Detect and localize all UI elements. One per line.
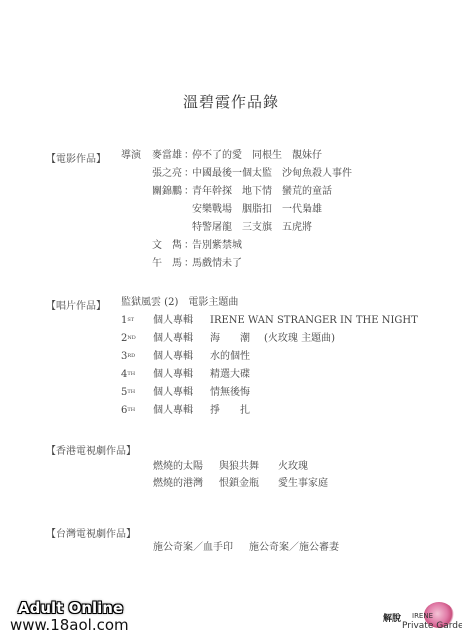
- album-number: 3RD: [121, 351, 135, 363]
- tw-tv-title: 施公奇案／血手印: [153, 542, 233, 554]
- records-intro: 監獄風雲 (2) 電影主題曲: [121, 297, 238, 309]
- tw-tv-section-heading: 【台灣電視劇作品】: [46, 525, 136, 540]
- film-works: 告別紫禁城: [192, 240, 242, 252]
- hk-tv-section-heading: 【香港電視劇作品】: [46, 442, 136, 457]
- film-works: 青年幹探 地下情 蠻荒的童話: [192, 186, 332, 198]
- logo-irene: IRENE: [412, 612, 433, 620]
- logo-private-garden: Private Garden: [402, 621, 462, 631]
- film-works: 馬戲情未了: [192, 258, 242, 270]
- logo-chinese: 解脫: [383, 611, 401, 624]
- album-title: 水的個性: [210, 351, 250, 363]
- album-title: 精選大碟: [210, 369, 250, 381]
- album-type: 個人專輯: [153, 351, 193, 363]
- director-name: 張之亮: [152, 168, 182, 180]
- director-name: 麥當雄: [152, 150, 182, 162]
- album-title: 情無後悔: [210, 387, 250, 399]
- album-note: (火玫瑰 主題曲): [264, 333, 335, 345]
- film-works: 特警屠龍 三支旗 五虎將: [192, 222, 312, 234]
- hk-tv-title: 恨鎖金瓶: [219, 478, 259, 490]
- hk-tv-title: 燃燒的港灣: [153, 478, 203, 490]
- album-number: 4TH: [121, 369, 135, 381]
- film-works: 安樂戰場 胭脂扣 一代梟雄: [192, 204, 322, 216]
- director-name: 關錦鵬: [152, 186, 182, 198]
- page-title: 溫碧霞作品錄: [0, 91, 462, 112]
- film-section-heading: 【電影作品】: [46, 150, 106, 165]
- hk-tv-title: 與狼共舞: [219, 461, 259, 473]
- album-type: 個人專輯: [153, 333, 193, 345]
- album-type: 個人專輯: [153, 315, 193, 327]
- watermark-url: www.18aol.com: [10, 616, 129, 634]
- album-type: 個人專輯: [153, 387, 193, 399]
- film-works: 中國最後一個太監 沙甸魚殺人事件: [192, 168, 352, 180]
- album-type: 個人專輯: [153, 369, 193, 381]
- records-section-heading: 【唱片作品】: [46, 297, 106, 312]
- album-title: IRENE WAN STRANGER IN THE NIGHT: [210, 315, 418, 327]
- album-number: 1ST: [121, 315, 134, 327]
- director-name: 文 雋: [152, 240, 182, 252]
- hk-tv-title: 燃燒的太陽: [153, 461, 203, 473]
- director-label: 導演: [121, 150, 141, 162]
- film-works: 停不了的愛 同根生 靚妹仔: [192, 150, 322, 162]
- hk-tv-title: 火玫瑰: [278, 461, 308, 473]
- album-title: 海 潮: [210, 333, 250, 345]
- hk-tv-title: 愛生事家庭: [278, 478, 328, 490]
- album-number: 5TH: [121, 387, 135, 399]
- album-number: 6TH: [121, 405, 135, 417]
- album-number: 2ND: [121, 333, 136, 345]
- tw-tv-title: 施公奇案／施公審妻: [249, 542, 339, 554]
- director-name: 午 馬: [152, 258, 182, 270]
- watermark-title: Adult Online: [18, 599, 123, 617]
- album-title: 掙 扎: [210, 405, 250, 417]
- album-type: 個人專輯: [153, 405, 193, 417]
